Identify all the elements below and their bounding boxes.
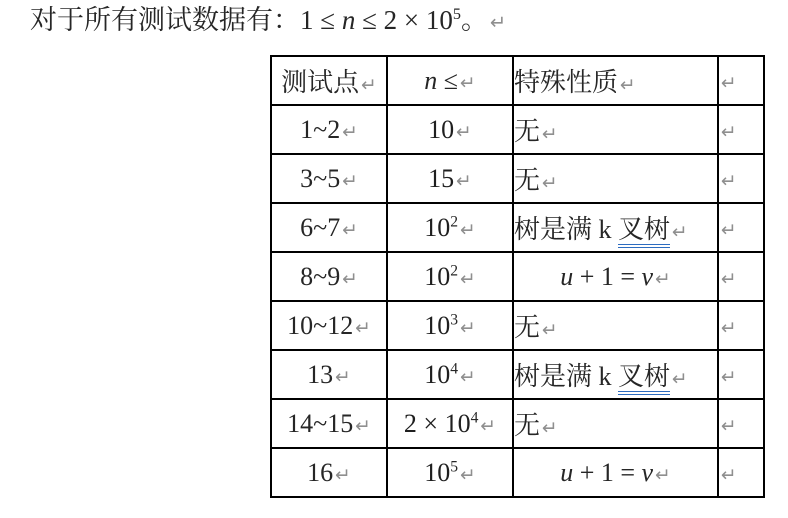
cell-property: 无↵ [513,399,718,448]
row-end-mark-icon: ↵ [719,269,737,290]
intro-paragraph: 对于所有测试数据有：1 ≤ n ≤ 2 × 105。↵ [30,2,788,41]
paragraph-mark-icon: ↵ [359,75,377,96]
cell-testpoint: 8~9↵ [271,252,387,301]
paragraph-mark-icon: ↵ [458,318,476,339]
paragraph-mark-icon: ↵ [458,269,476,290]
cell-property: 无↵ [513,154,718,203]
header-cell-property: 特殊性质↵ [513,56,718,105]
row-end-mark-icon: ↵ [719,73,737,94]
paragraph-mark-icon: ↵ [340,122,358,143]
cell-property: 树是满 k 叉树↵ [513,203,718,252]
cell-testpoint: 14~15↵ [271,399,387,448]
table-header-row: 测试点↵ n ≤↵ 特殊性质↵ ↵ [271,56,764,105]
table-row: 1~2↵ 10↵ 无↵ ↵ [271,105,764,154]
paragraph-mark-icon: ↵ [458,220,476,241]
table-row: 3~5↵ 15↵ 无↵ ↵ [271,154,764,203]
header-cell-n: n ≤↵ [387,56,513,105]
row-end-mark-icon: ↵ [719,318,737,339]
row-end-mark-icon: ↵ [719,367,737,388]
cell-testpoint: 6~7↵ [271,203,387,252]
paragraph-mark-icon: ↵ [540,418,558,439]
cell-n: 105↵ [387,448,513,497]
paragraph-mark-icon: ↵ [540,320,558,341]
paragraph-mark-icon: ↵ [454,122,472,143]
paragraph-mark-icon: ↵ [670,369,688,390]
cell-property: 无↵ [513,105,718,154]
row-end-mark-cell: ↵ [718,203,764,252]
cell-n: 102↵ [387,203,513,252]
paragraph-mark-icon: ↵ [540,173,558,194]
cell-testpoint: 16↵ [271,448,387,497]
paragraph-mark-icon: ↵ [488,11,506,34]
row-end-mark-cell: ↵ [718,56,764,105]
cell-testpoint: 10~12↵ [271,301,387,350]
table-row: 10~12↵ 103↵ 无↵ ↵ [271,301,764,350]
cell-property: 树是满 k 叉树↵ [513,350,718,399]
paragraph-mark-icon: ↵ [340,171,358,192]
paragraph-mark-icon: ↵ [353,318,371,339]
table-row: 16↵ 105↵ u + 1 = v↵ ↵ [271,448,764,497]
cell-testpoint: 1~2↵ [271,105,387,154]
table-row: 8~9↵ 102↵ u + 1 = v↵ ↵ [271,252,764,301]
cell-n: 102↵ [387,252,513,301]
cell-property: u + 1 = v↵ [513,448,718,497]
row-end-mark-icon: ↵ [719,465,737,486]
paragraph-mark-icon: ↵ [340,269,358,290]
paragraph-mark-icon: ↵ [653,465,671,486]
spellcheck-underlined-text: 叉树 [618,215,670,248]
table-row: 13↵ 104↵ 树是满 k 叉树↵ ↵ [271,350,764,399]
row-end-mark-cell: ↵ [718,105,764,154]
row-end-mark-cell: ↵ [718,350,764,399]
row-end-mark-icon: ↵ [719,416,737,437]
constraint-table: 测试点↵ n ≤↵ 特殊性质↵ ↵ 1~2↵ 10↵ 无↵ ↵ 3~5↵ 15↵… [270,55,765,498]
spellcheck-underlined-text: 叉树 [618,362,670,395]
row-end-mark-icon: ↵ [719,122,737,143]
cell-n: 104↵ [387,350,513,399]
paragraph-mark-icon: ↵ [353,416,371,437]
row-end-mark-cell: ↵ [718,252,764,301]
row-end-mark-cell: ↵ [718,448,764,497]
table-row: 14~15↵ 2 × 104↵ 无↵ ↵ [271,399,764,448]
cell-n: 10↵ [387,105,513,154]
cell-property: u + 1 = v↵ [513,252,718,301]
row-end-mark-cell: ↵ [718,154,764,203]
cell-n: 2 × 104↵ [387,399,513,448]
row-end-mark-icon: ↵ [719,171,737,192]
cell-n: 15↵ [387,154,513,203]
intro-text: 对于所有测试数据有： [30,5,300,35]
paragraph-mark-icon: ↵ [653,269,671,290]
table-row: 6~7↵ 102↵ 树是满 k 叉树↵ ↵ [271,203,764,252]
paragraph-mark-icon: ↵ [458,73,476,94]
row-end-mark-cell: ↵ [718,399,764,448]
intro-math: 1 ≤ n ≤ 2 × 105 [300,5,461,35]
paragraph-mark-icon: ↵ [540,124,558,145]
cell-testpoint: 13↵ [271,350,387,399]
cell-n: 103↵ [387,301,513,350]
paragraph-mark-icon: ↵ [458,465,476,486]
math-var-n: n [342,5,356,35]
paragraph-mark-icon: ↵ [458,367,476,388]
paragraph-mark-icon: ↵ [333,367,351,388]
cell-testpoint: 3~5↵ [271,154,387,203]
intro-period: 。 [461,5,488,35]
paragraph-mark-icon: ↵ [618,75,636,96]
paragraph-mark-icon: ↵ [670,222,688,243]
math-superscript: 5 [453,5,461,23]
paragraph-mark-icon: ↵ [340,220,358,241]
header-cell-testpoint: 测试点↵ [271,56,387,105]
row-end-mark-cell: ↵ [718,301,764,350]
paragraph-mark-icon: ↵ [478,416,496,437]
cell-property: 无↵ [513,301,718,350]
row-end-mark-icon: ↵ [719,220,737,241]
document-page: 对于所有测试数据有：1 ≤ n ≤ 2 × 105。↵ 测试点↵ n ≤↵ 特殊… [0,2,788,498]
paragraph-mark-icon: ↵ [454,171,472,192]
paragraph-mark-icon: ↵ [333,465,351,486]
